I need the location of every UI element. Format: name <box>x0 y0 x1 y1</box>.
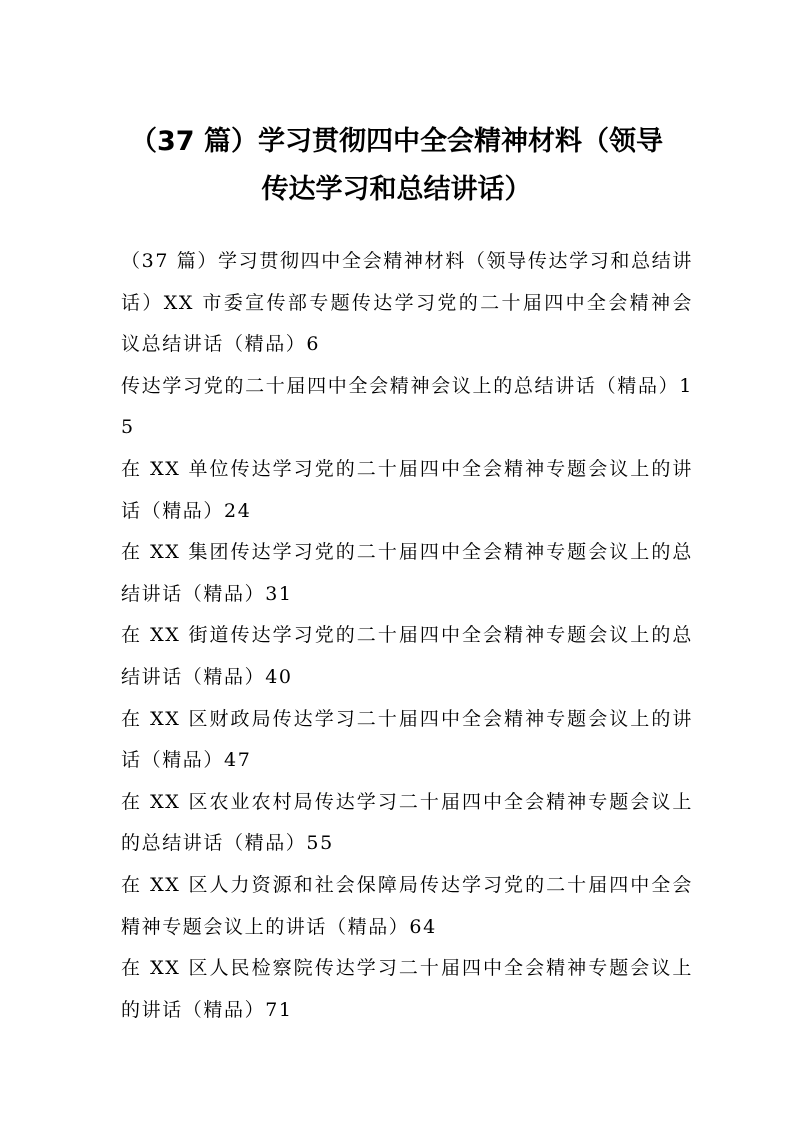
toc-entry[interactable]: （37 篇）学习贯彻四中全会精神材料（领导传达学习和总结讲话）XX 市委宣传部专… <box>121 241 693 366</box>
toc-entry[interactable]: 在 XX 区人力资源和社会保障局传达学习党的二十届四中全会精神专题会议上的讲话（… <box>121 865 693 948</box>
toc-entry-title: 在 XX 区财政局传达学习二十届四中全会精神专题会议上的讲话（精品） <box>121 708 693 772</box>
toc-entry-title: 在 XX 区农业农村局传达学习二十届四中全会精神专题会议上的总结讲话（精品） <box>121 791 693 855</box>
title-line-1: （37 篇）学习贯彻四中全会精神材料（领导 <box>100 118 693 166</box>
toc-entry-page-number: 47 <box>224 749 251 771</box>
toc-entry-title: （37 篇）学习贯彻四中全会精神材料（领导传达学习和总结讲话）XX 市委宣传部专… <box>121 250 693 355</box>
toc-entry-title: 传达学习党的二十届四中全会精神会议上的总结讲话（精品） <box>121 375 679 397</box>
document-title: （37 篇）学习贯彻四中全会精神材料（领导 传达学习和总结讲话） <box>100 118 693 214</box>
toc-entry-page-number: 64 <box>409 916 436 938</box>
toc-entry[interactable]: 在 XX 区农业农村局传达学习二十届四中全会精神专题会议上的总结讲话（精品）55 <box>121 782 693 865</box>
toc-entry-page-number: 31 <box>265 583 292 605</box>
document-page: （37 篇）学习贯彻四中全会精神材料（领导 传达学习和总结讲话） （37 篇）学… <box>0 0 793 1122</box>
toc-entry-page-number: 40 <box>265 666 292 688</box>
toc-entry-title: 在 XX 单位传达学习党的二十届四中全会精神专题会议上的讲话（精品） <box>121 458 693 522</box>
toc-entry-page-number: 24 <box>224 500 251 522</box>
toc-entry-title: 在 XX 区人民检察院传达学习二十届四中全会精神专题会议上的讲话（精品） <box>121 957 693 1021</box>
toc-entry[interactable]: 在 XX 区财政局传达学习二十届四中全会精神专题会议上的讲话（精品）47 <box>121 699 693 782</box>
toc-entry[interactable]: 传达学习党的二十届四中全会精神会议上的总结讲话（精品）15 <box>121 366 693 449</box>
toc-entry-page-number: 71 <box>265 999 292 1021</box>
toc-entry-title: 在 XX 街道传达学习党的二十届四中全会精神专题会议上的总结讲话（精品） <box>121 624 693 688</box>
toc-entry[interactable]: 在 XX 区人民检察院传达学习二十届四中全会精神专题会议上的讲话（精品）71 <box>121 948 693 1031</box>
table-of-contents: （37 篇）学习贯彻四中全会精神材料（领导传达学习和总结讲话）XX 市委宣传部专… <box>121 241 693 1031</box>
toc-entry-page-number: 6 <box>306 333 320 355</box>
toc-entry-page-number: 55 <box>306 832 333 854</box>
toc-entry[interactable]: 在 XX 街道传达学习党的二十届四中全会精神专题会议上的总结讲话（精品）40 <box>121 615 693 698</box>
toc-entry[interactable]: 在 XX 集团传达学习党的二十届四中全会精神专题会议上的总结讲话（精品）31 <box>121 532 693 615</box>
toc-entry[interactable]: 在 XX 单位传达学习党的二十届四中全会精神专题会议上的讲话（精品）24 <box>121 449 693 532</box>
toc-entry-title: 在 XX 区人力资源和社会保障局传达学习党的二十届四中全会精神专题会议上的讲话（… <box>121 874 693 938</box>
title-line-2: 传达学习和总结讲话） <box>100 166 693 214</box>
toc-entry-title: 在 XX 集团传达学习党的二十届四中全会精神专题会议上的总结讲话（精品） <box>121 541 693 605</box>
